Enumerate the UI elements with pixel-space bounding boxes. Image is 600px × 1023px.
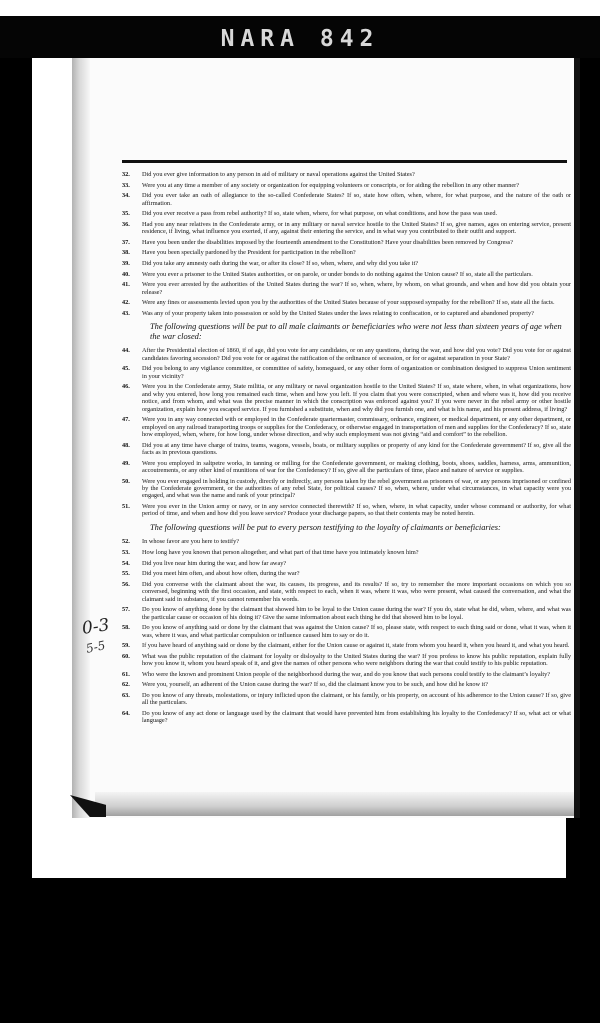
question-text: Did you ever take an oath of allegiance … — [142, 192, 577, 207]
question-text: Did you live near him during the war, an… — [142, 560, 577, 567]
question-text: Do you know of anything said or done by … — [142, 624, 577, 639]
question-item: 51.Were you ever in the Union army or na… — [122, 503, 577, 518]
question-item: 42.Were any fines or assessments levied … — [122, 299, 577, 306]
question-number: 39. — [122, 260, 142, 267]
question-item: 52.In whose favor are you here to testif… — [122, 538, 577, 545]
question-number: 60. — [122, 653, 142, 668]
question-text: Were you ever engaged in holding in cust… — [142, 478, 577, 500]
question-number: 40. — [122, 271, 142, 278]
question-text: Did you ever receive a pass from rebel a… — [142, 210, 577, 217]
question-item: 41.Were you ever arrested by the authori… — [122, 281, 577, 296]
question-item: 56.Did you converse with the claimant ab… — [122, 581, 577, 603]
question-text: What was the public reputation of the cl… — [142, 653, 577, 668]
question-item: 36.Had you any near relatives in the Con… — [122, 221, 577, 236]
question-item: 38.Have you been specially pardoned by t… — [122, 249, 577, 256]
handwritten-margin-note: 0-3 — [81, 615, 111, 639]
question-item: 50.Were you ever engaged in holding in c… — [122, 478, 577, 500]
question-text: Do you know of any act done or language … — [142, 710, 577, 725]
question-number: 45. — [122, 365, 142, 380]
question-number: 62. — [122, 681, 142, 688]
top-rule — [122, 160, 567, 163]
question-item: 58.Do you know of anything said or done … — [122, 624, 577, 639]
question-number: 35. — [122, 210, 142, 217]
question-item: 64.Do you know of any act done or langua… — [122, 710, 577, 725]
question-item: 54.Did you live near him during the war,… — [122, 560, 577, 567]
question-number: 34. — [122, 192, 142, 207]
question-item: 46.Were you in the Confederate army, Sta… — [122, 383, 577, 413]
question-number: 51. — [122, 503, 142, 518]
question-number: 33. — [122, 182, 142, 189]
section-heading-male-claimants: The following questions will be put to a… — [122, 322, 577, 341]
question-item: 44.After the Presidential election of 18… — [122, 347, 577, 362]
question-text: Do you know of anything done by the clai… — [142, 606, 577, 621]
question-item: 43.Was any of your property taken into p… — [122, 310, 577, 317]
question-text: If you have heard of anything said or do… — [142, 642, 577, 649]
question-text: How long have you known that person alto… — [142, 549, 577, 556]
question-item: 34.Did you ever take an oath of allegian… — [122, 192, 577, 207]
question-text: Have you been under the disabilities imp… — [142, 239, 577, 246]
sheet-bottom-edge-shadow — [95, 792, 575, 816]
question-text: Did you take any amnesty oath during the… — [142, 260, 577, 267]
question-text: Had you any near relatives in the Confed… — [142, 221, 577, 236]
question-number: 32. — [122, 171, 142, 178]
question-item: 32.Did you ever give information to any … — [122, 171, 577, 178]
question-text: Did you ever give information to any per… — [142, 171, 577, 178]
question-item: 61.Who were the known and prominent Unio… — [122, 671, 577, 678]
question-item: 57.Do you know of anything done by the c… — [122, 606, 577, 621]
question-text: In whose favor are you here to testify? — [142, 538, 577, 545]
question-number: 56. — [122, 581, 142, 603]
question-text: Were any fines or assessments levied upo… — [142, 299, 577, 306]
question-number: 46. — [122, 383, 142, 413]
question-item: 62.Were you, yourself, an adherent of th… — [122, 681, 577, 688]
questions-part-2: 44.After the Presidential election of 18… — [122, 347, 577, 517]
top-margin-strip — [0, 0, 600, 16]
question-number: 57. — [122, 606, 142, 621]
sheet-left-edge-shadow — [72, 58, 90, 818]
question-number: 41. — [122, 281, 142, 296]
question-number: 44. — [122, 347, 142, 362]
question-number: 64. — [122, 710, 142, 725]
question-text: Were you ever arrested by the authoritie… — [142, 281, 577, 296]
question-number: 63. — [122, 692, 142, 707]
question-text: Was any of your property taken into poss… — [142, 310, 577, 317]
question-item: 48.Did you at any time have charge of tr… — [122, 442, 577, 457]
question-number: 55. — [122, 570, 142, 577]
question-number: 42. — [122, 299, 142, 306]
question-text: Have you been specially pardoned by the … — [142, 249, 577, 256]
question-text: Did you meet him often, and about how of… — [142, 570, 577, 577]
question-number: 48. — [122, 442, 142, 457]
question-text: After the Presidential election of 1860,… — [142, 347, 577, 362]
question-item: 60.What was the public reputation of the… — [122, 653, 577, 668]
archive-label: NARA 842 — [0, 26, 600, 52]
question-number: 52. — [122, 538, 142, 545]
question-text: Were you, yourself, an adherent of the U… — [142, 681, 577, 688]
question-text: Do you know of any threats, molestations… — [142, 692, 577, 707]
question-text: Did you converse with the claimant about… — [142, 581, 577, 603]
question-item: 33.Were you at any time a member of any … — [122, 182, 577, 189]
question-number: 54. — [122, 560, 142, 567]
question-number: 49. — [122, 460, 142, 475]
question-number: 38. — [122, 249, 142, 256]
question-text: Were you ever a prisoner to the United S… — [142, 271, 577, 278]
question-item: 55.Did you meet him often, and about how… — [122, 570, 577, 577]
question-item: 40.Were you ever a prisoner to the Unite… — [122, 271, 577, 278]
question-text: Were you in any way connected with or em… — [142, 416, 577, 438]
question-text: Did you belong to any vigilance committe… — [142, 365, 577, 380]
question-item: 35.Did you ever receive a pass from rebe… — [122, 210, 577, 217]
questions-part-1: 32.Did you ever give information to any … — [122, 171, 577, 317]
question-number: 36. — [122, 221, 142, 236]
question-item: 63.Do you know of any threats, molestati… — [122, 692, 577, 707]
questions-part-3: 52.In whose favor are you here to testif… — [122, 538, 577, 724]
question-item: 37.Have you been under the disabilities … — [122, 239, 577, 246]
question-item: 45.Did you belong to any vigilance commi… — [122, 365, 577, 380]
question-item: 39.Did you take any amnesty oath during … — [122, 260, 577, 267]
question-number: 50. — [122, 478, 142, 500]
question-text: Were you employed in saltpetre works, in… — [142, 460, 577, 475]
section-heading-witnesses: The following questions will be put to e… — [122, 523, 577, 533]
question-item: 53.How long have you known that person a… — [122, 549, 577, 556]
question-item: 47.Were you in any way connected with or… — [122, 416, 577, 438]
question-number: 53. — [122, 549, 142, 556]
question-number: 58. — [122, 624, 142, 639]
questionnaire-body: 32.Did you ever give information to any … — [122, 160, 577, 728]
question-item: 49.Were you employed in saltpetre works,… — [122, 460, 577, 475]
question-number: 37. — [122, 239, 142, 246]
question-text: Were you at any time a member of any soc… — [142, 182, 577, 189]
question-text: Did you at any time have charge of train… — [142, 442, 577, 457]
question-number: 61. — [122, 671, 142, 678]
question-number: 43. — [122, 310, 142, 317]
question-item: 59.If you have heard of anything said or… — [122, 642, 577, 649]
question-number: 59. — [122, 642, 142, 649]
question-text: Who were the known and prominent Union p… — [142, 671, 577, 678]
question-text: Were you in the Confederate army, State … — [142, 383, 577, 413]
question-number: 47. — [122, 416, 142, 438]
question-text: Were you ever in the Union army or navy,… — [142, 503, 577, 518]
